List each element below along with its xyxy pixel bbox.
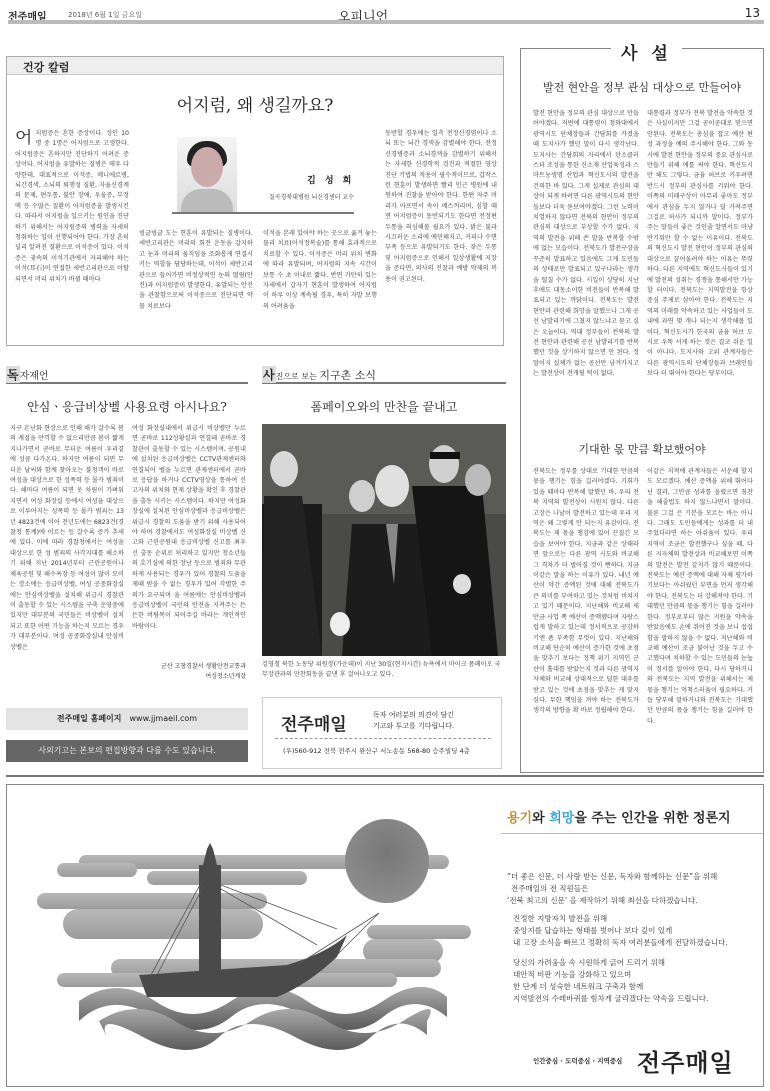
reader-col-2: 여성 화장실내에서 위급시 비상벨만 누르면 곧바로 112상황실과 연결돼 곧… (132, 424, 246, 636)
health-col-4: 동반할 경우에는 일측 전정신경염이나 소뇌 또는 뇌간 경색을 감별해야 한다… (385, 129, 497, 339)
dropcap: 어 (15, 129, 32, 147)
homepage-url[interactable]: www.jjmaeil.com (130, 714, 198, 723)
health-column-title: 어지럼, 왜 생길까요? (7, 91, 503, 116)
photo-news-title: 폼페이오와의 만찬을 끝내고 (262, 398, 506, 415)
editorial-title-1: 발전 현안을 정부 관심 대상으로 만들어야 (521, 79, 763, 95)
reader-section-head: 독자제언 (6, 366, 248, 384)
homepage-label: 전주매일 홈페이지 (57, 714, 122, 723)
house-ad: 용기와 희망을 주는 인간을 위한 정론지 “더 좋은 신문, 더 사랑 받는 … (6, 784, 764, 1087)
editorial-title-2: 기대한 몫 만큼 확보했어야 (521, 441, 763, 457)
ad-paragraph-3: 당신의 가려움을 속 시원하게 긁어 드리기 위해 대안적 비판 기능을 강화하… (513, 957, 708, 1005)
editorial-2-col-2: 이같은 지적에 관계자들은 서운해 할지도 모르겠다. 예산 증액을 위해 뛰어… (647, 467, 753, 767)
author-portrait (177, 137, 237, 213)
ship-illustration (7, 785, 487, 1088)
contribution-logo: 전주매일 (281, 710, 347, 735)
dashed-divider (275, 738, 491, 739)
page-number: 13 (745, 6, 760, 20)
health-column-label: 건강 칼럼 (7, 57, 503, 75)
issue-date: 2018년 6월 1일 금요일 (68, 10, 142, 20)
reader-column: 독자제언 안심ㆍ응급비상벨 사용요령 아시나요? (6, 366, 248, 415)
author-rule (172, 212, 354, 214)
ad-divider (501, 833, 763, 834)
ad-logo: 전주매일 (637, 1043, 734, 1078)
health-col-2: 빙글빙글 도는 현훈이 유발되는 질병이다. 세반고리관은 머리의 회전 운동을… (139, 229, 253, 339)
health-column: 건강 칼럼 어지럼, 왜 생길까요? 어지럼증은 흔한 증상이다. 성인 10명… (6, 56, 504, 346)
photo-caption: 김영철 북한 노동당 위원장(가운데)이 지난 30일(현지시간) 뉴욕에서 마… (262, 660, 506, 680)
disclaimer-banner: 사외기고는 본보의 편집방향과 다를 수도 있습니다. (6, 740, 248, 762)
reader-signature: 군산 고창경찰서 생활안전교통과 여성청소년계장 (132, 662, 246, 682)
reader-col-1: 지구 온난화 현상으로 인해 해가 갈수록 봄의 계절을 만끽할 수 없으리만큼… (10, 424, 124, 660)
author-affiliation: 칠곡경북대병원 뇌신경센터 교수 (269, 192, 354, 201)
editorial-1-col-1: 발전 현안을 정부의 관심 대상으로 만들어야겠다. 저번에 대통령이 청와대에… (533, 109, 639, 459)
editorial-2-col-1: 전북도는 정부를 상대로 기대한 만큼의 몫을 챙기는 힘을 길러야겠다. 기회… (533, 467, 639, 767)
ad-paragraph-2: 진정한 지방자치 발전을 위해 중앙지를 답습하는 형태를 벗어나 보다 깊이 … (513, 913, 728, 949)
editorial-label: 사 설 (611, 39, 682, 64)
homepage-banner[interactable]: 전주매일 홈페이지www.jjmaeil.com (6, 708, 248, 730)
author-name: 김 성 희 (307, 173, 354, 186)
editorial-box: 사 설 발전 현안을 정부 관심 대상으로 만들어야 발전 현안을 정부의 관심… (520, 48, 764, 773)
reader-article-title: 안심ㆍ응급비상벨 사용요령 아시나요? (6, 398, 248, 415)
editorial-1-col-2: 대통령과 정부가 전북 발전을 약속한 것은 사실이지만 그걸 곧이곧대로 믿으… (647, 109, 753, 459)
header-rule (8, 20, 764, 24)
photo-section-head: 사진으로 보는 지구촌 소식 (262, 366, 506, 384)
contribution-box: 전주매일 독자 여러분의 의견이 담긴 기고와 투고를 기다립니다. (우)56… (262, 697, 502, 769)
section-rule (6, 775, 764, 777)
contribution-text: 독자 여러분의 의견이 담긴 기고와 투고를 기다립니다. (373, 710, 454, 732)
news-photo (262, 424, 506, 656)
photo-news: 사진으로 보는 지구촌 소식 폼페이오와의 만찬을 끝내고 (262, 366, 506, 415)
health-col-1: 어지럼증은 흔한 증상이다. 성인 10명 중 1명은 어지럼으로 고생한다. … (15, 129, 129, 339)
postal-address: (우)560-912 전북 전주시 완산구 서노송동 568-80 승주빌딩 4… (283, 746, 470, 755)
ad-paragraph-1: “더 좋은 신문, 더 사랑 받는 신문, 독자와 함께하는 신문”을 위해 전… (507, 871, 717, 907)
ad-motto: 인간중심 · 도덕중심 · 지역중심 (533, 1056, 622, 1065)
ad-slogan: 용기와 희망을 주는 인간을 위한 정론지 (507, 807, 731, 826)
health-col-3: 이석을 본래 있어야 하는 곳으로 옮겨 놓는 물리 치료(이석정복술)를 통해… (263, 229, 377, 339)
